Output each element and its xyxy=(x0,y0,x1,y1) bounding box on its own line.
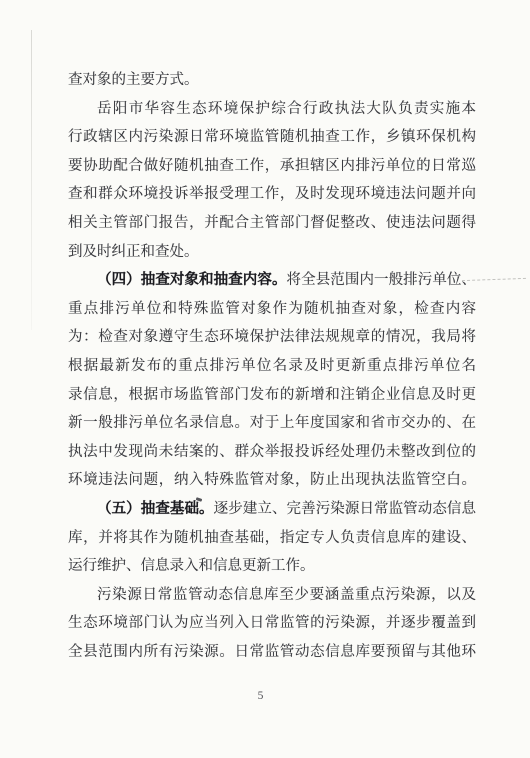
text-line: 生态环境部门认为应当列入日常监管的污染源，并逐步覆盖到 xyxy=(68,609,476,638)
body-text: 相关主管部门报告，并配合主管部门督促整改、使违法问题得 xyxy=(68,215,476,231)
text-line: 新一般排污单位名录信息。对于上年度国家和省市交办的、在 xyxy=(68,409,476,438)
body-text: 重点排污单位和特殊监管对象作为随机抽查对象，检查内容 xyxy=(68,301,476,317)
body-text: 要协助配合做好随机抽查工作，承担辖区内排污单位的日常巡 xyxy=(68,158,476,174)
page-number: 5 xyxy=(0,690,530,702)
text-line: 运行维护、信息录入和信息更新工作。 xyxy=(68,552,476,581)
text-line: 要协助配合做好随机抽查工作，承担辖区内排污单位的日常巡 xyxy=(68,152,476,181)
body-text: 新一般排污单位名录信息。对于上年度国家和省市交办的、在 xyxy=(68,415,476,431)
body-text: 到及时纠正和查处。 xyxy=(68,244,199,260)
body-text: 全县范围内所有污染源。日常监管动态信息库要预留与其他环 xyxy=(68,644,476,660)
section-heading-text: （五）抽查基础。 xyxy=(97,501,214,517)
body-text: 执法中发现尚未结案的、群众举报投诉经处理仍未整改到位的 xyxy=(68,444,476,460)
body-text: 查和群众环境投诉举报受理工作，及时发现环境违法问题并向 xyxy=(68,186,476,202)
text-line: 环境违法问题，纳入特殊监管对象，防止出现执法监管空白。 xyxy=(68,466,476,495)
body-text: 岳阳市华容生态环境保护综合行政执法大队负责实施本 xyxy=(97,101,476,117)
body-text: 运行维护、信息录入和信息更新工作。 xyxy=(68,558,315,574)
body-text: 根据最新发布的重点排污单位名录及时更新重点排污单位名 xyxy=(68,358,476,374)
text-line: 为：检查对象遵守生态环境保护法律法规规章的情况，我局将 xyxy=(68,323,476,352)
body-text: 环境违法问题，纳入特殊监管对象，防止出现执法监管空白。 xyxy=(68,472,476,488)
body-text: 行政辖区内污染源日常环境监管随机抽查工作，乡镇环保机构 xyxy=(68,129,476,145)
body-text: 将全县范围内一般排污单位、 xyxy=(287,272,476,288)
text-line: （四）抽查对象和抽查内容。将全县范围内一般排污单位、 xyxy=(68,266,476,295)
text-line: 根据最新发布的重点排污单位名录及时更新重点排污单位名 xyxy=(68,352,476,381)
text-line: 查对象的主要方式。 xyxy=(68,66,476,95)
document-page: 查对象的主要方式。岳阳市华容生态环境保护综合行政执法大队负责实施本行政辖区内污染… xyxy=(0,0,530,758)
body-text: 污染源日常监管动态信息库至少要涵盖重点污染源，以及 xyxy=(97,587,476,603)
text-line: 库，并将其作为随机抽查基础，指定专人负责信息库的建设、 xyxy=(68,524,476,553)
text-line: （五）抽查基础。逐步建立、完善污染源日常监管动态信息 xyxy=(68,495,476,524)
text-line: 执法中发现尚未结案的、群众举报投诉经处理仍未整改到位的 xyxy=(68,438,476,467)
document-body: 查对象的主要方式。岳阳市华容生态环境保护综合行政执法大队负责实施本行政辖区内污染… xyxy=(68,66,476,666)
body-text: 生态环境部门认为应当列入日常监管的污染源，并逐步覆盖到 xyxy=(68,615,476,631)
body-text: 查对象的主要方式。 xyxy=(68,72,199,88)
scan-fold-line xyxy=(31,30,32,330)
text-line: 污染源日常监管动态信息库至少要涵盖重点污染源，以及 xyxy=(68,581,476,610)
text-line: 行政辖区内污染源日常环境监管随机抽查工作，乡镇环保机构 xyxy=(68,123,476,152)
body-text: 逐步建立、完善污染源日常监管动态信息 xyxy=(214,501,476,517)
text-line: 录信息，根据市场监管部门发布的新增和注销企业信息及时更 xyxy=(68,381,476,410)
section-heading-text: （四）抽查对象和抽查内容。 xyxy=(97,272,287,288)
body-text: 库，并将其作为随机抽查基础，指定专人负责信息库的建设、 xyxy=(68,530,476,546)
text-line: 重点排污单位和特殊监管对象作为随机抽查对象，检查内容 xyxy=(68,295,476,324)
body-text: 录信息，根据市场监管部门发布的新增和注销企业信息及时更 xyxy=(68,387,476,403)
text-line: 岳阳市华容生态环境保护综合行政执法大队负责实施本 xyxy=(68,95,476,124)
text-line: 到及时纠正和查处。 xyxy=(68,238,476,267)
body-text: 为：检查对象遵守生态环境保护法律法规规章的情况，我局将 xyxy=(68,329,476,345)
text-line: 相关主管部门报告，并配合主管部门督促整改、使违法问题得 xyxy=(68,209,476,238)
text-line: 查和群众环境投诉举报受理工作，及时发现环境违法问题并向 xyxy=(68,180,476,209)
text-line: 全县范围内所有污染源。日常监管动态信息库要预留与其他环 xyxy=(68,638,476,667)
